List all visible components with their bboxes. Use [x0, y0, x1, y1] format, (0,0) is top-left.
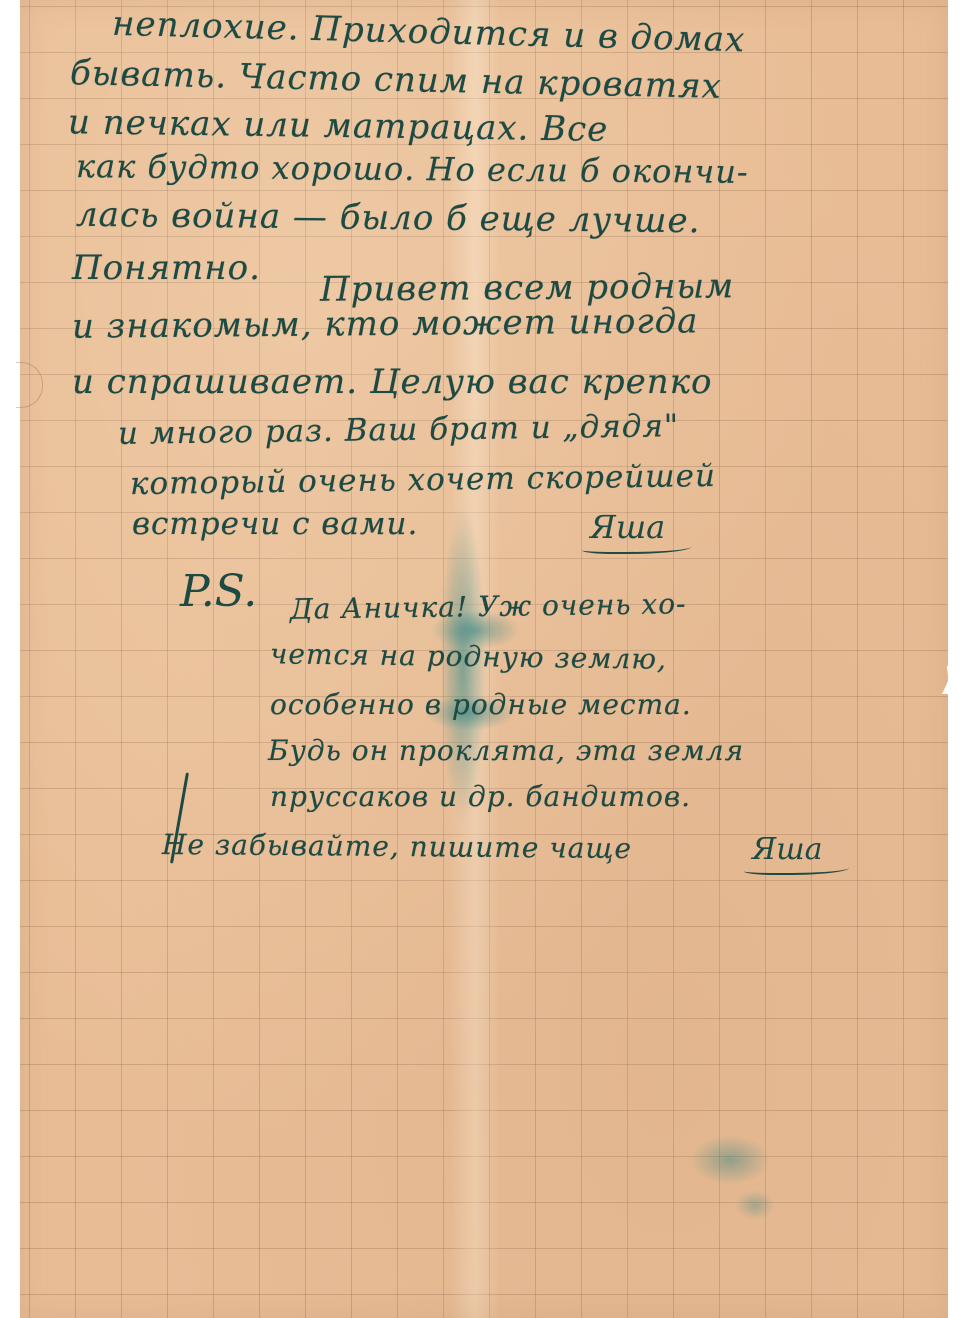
ps-line-4: Будь он проклята, эта земля	[268, 734, 744, 767]
signature-yasha-1: Яша	[590, 508, 665, 546]
ps-line-1: Да Аничка! Уж очень хо-	[290, 587, 687, 626]
letter-line-12: встречи с вами.	[132, 506, 418, 542]
ps-line-2: чется на родную землю,	[270, 637, 667, 676]
ps-mark: P.S.	[180, 566, 257, 617]
letter-line-6: Понятно.	[72, 248, 261, 288]
letter-line-4: как будто хорошо. Но если б окончи-	[76, 147, 749, 191]
signature-yasha-2: Яша	[752, 832, 823, 867]
letter-line-3: и печках или матрацах. Все	[68, 102, 609, 150]
ps-line-3: особенно в родные места.	[270, 688, 692, 721]
letter-line-5: лась война — было б еще лучше.	[76, 195, 701, 242]
letter-line-9: и спрашивает. Целую вас крепко	[72, 362, 712, 402]
ps-line-5: пруссаков и др. бандитов.	[270, 780, 691, 813]
letter-line-8: и знакомым, кто может иногда	[72, 301, 699, 346]
closing-line: Не забывайте, пишите чаще	[162, 828, 632, 865]
